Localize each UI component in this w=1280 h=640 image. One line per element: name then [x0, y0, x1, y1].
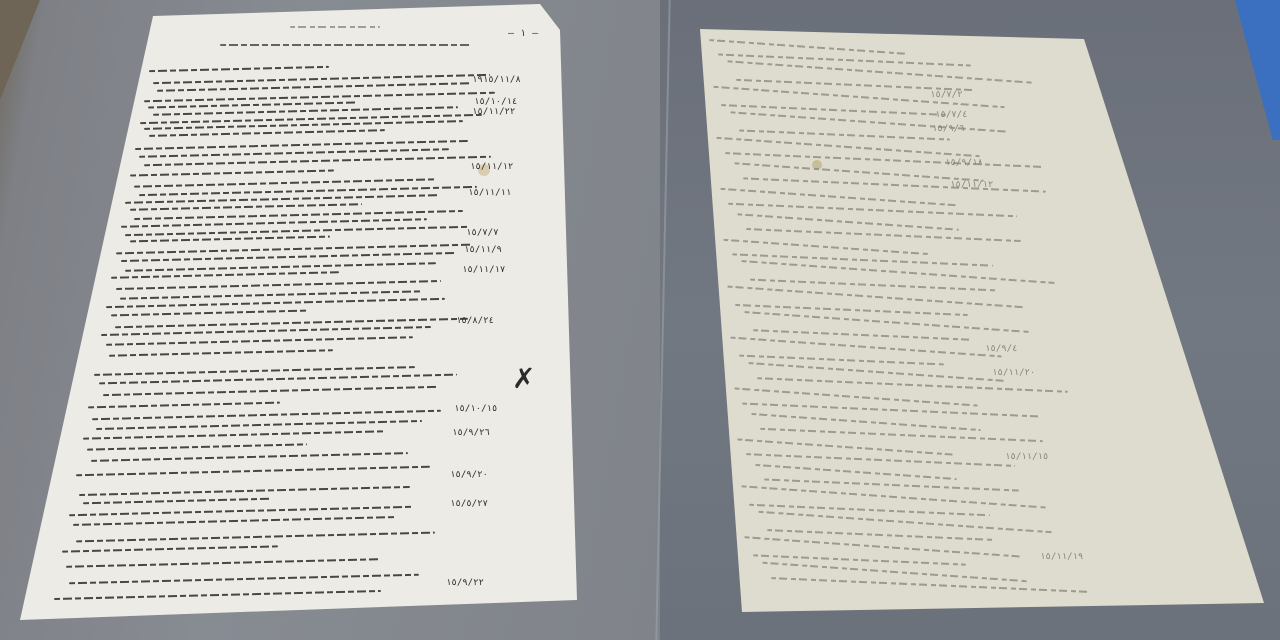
handwritten-line	[144, 156, 491, 166]
margin-date: ١٥/٥/٢٧	[450, 499, 488, 509]
margin-date: ١٥/١١/١٢	[950, 180, 993, 190]
handwritten-line	[54, 590, 381, 600]
margin-date: ١٥/١١/١٢	[470, 162, 513, 172]
handwritten-line	[91, 452, 408, 462]
handwritten-line	[76, 466, 430, 477]
handwritten-line	[69, 506, 414, 516]
handwritten-line	[125, 194, 440, 204]
margin-date: ١٩١٥/١١/٨	[472, 75, 521, 85]
handwritten-line	[130, 236, 330, 243]
margin-date: ١٥/٩/٦	[932, 124, 965, 134]
margin-date: ١٥/١١/١١	[468, 188, 511, 198]
handwritten-line	[83, 498, 271, 505]
handwritten-line	[121, 252, 455, 262]
margin-date: ١٥/٩/٢٠	[450, 470, 488, 480]
handwritten-line	[739, 129, 950, 140]
margin-date: ١٥/٨/٢٤	[456, 316, 494, 326]
handwritten-line	[88, 402, 280, 409]
handwritten-line	[94, 366, 415, 376]
handwritten-line	[736, 78, 975, 90]
handwritten-line	[79, 486, 410, 496]
handwritten-line	[746, 453, 1015, 467]
handwritten-line	[83, 430, 386, 439]
margin-date: ١٥/١٠/١٥	[454, 404, 497, 414]
handwritten-line	[709, 39, 909, 55]
handwritten-line	[729, 202, 1018, 217]
handwritten-line	[723, 239, 931, 256]
handwritten-line	[149, 129, 385, 137]
handwritten-line	[73, 516, 395, 526]
handwritten-line	[116, 280, 441, 290]
handwritten-line	[106, 298, 445, 308]
handwritten-line	[62, 545, 278, 552]
margin-date: ١٥/١١/٢٠	[992, 368, 1035, 378]
title-line	[220, 44, 470, 46]
handwritten-line	[109, 349, 333, 356]
margin-date: ١٥/١١/٩	[464, 245, 502, 255]
margin-date: ١٥/١١/٢٢	[472, 107, 515, 117]
handwritten-line	[130, 203, 362, 211]
handwritten-line	[139, 148, 449, 158]
margin-date: ١٥/٩/٢٦	[452, 428, 490, 438]
handwritten-line	[148, 101, 356, 108]
handwritten-line	[757, 377, 1068, 393]
handwritten-line	[153, 106, 458, 115]
handwritten-line	[101, 326, 431, 336]
handwritten-line	[99, 374, 457, 385]
handwritten-line	[737, 438, 953, 455]
handwritten-line	[92, 410, 441, 421]
handwritten-line	[771, 577, 1090, 593]
handwritten-line	[130, 170, 334, 177]
page-number-marker: — ١ —	[508, 28, 538, 39]
handwritten-line	[743, 177, 1046, 192]
handwritten-line	[746, 228, 1021, 242]
handwritten-line	[96, 420, 422, 430]
handwritten-line	[120, 290, 422, 299]
handwritten-line	[755, 464, 957, 480]
handwritten-line	[111, 310, 307, 317]
margin-date: ١٥/١١/١٧	[462, 265, 505, 275]
margin-date: ١٥/٧/٤	[935, 110, 968, 120]
handwritten-line	[69, 574, 419, 585]
handwritten-line	[125, 226, 468, 236]
handwritten-line	[106, 336, 413, 346]
handwritten-line	[149, 66, 329, 72]
handwritten-line	[125, 262, 436, 272]
margin-date: ١٥/٧/٢	[930, 90, 963, 100]
handwritten-line	[103, 386, 438, 396]
margin-date: ١٥/٩/٤	[985, 344, 1018, 354]
handwritten-line	[753, 329, 972, 341]
margin-date: ١٥/٧/٧	[466, 228, 499, 238]
margin-date: ١٥/١٠/١٤	[474, 97, 517, 107]
handwritten-line	[760, 427, 1043, 441]
margin-date: ١٥/٩/١٨	[945, 158, 983, 168]
handwritten-line	[144, 92, 495, 103]
handwritten-line	[111, 271, 339, 279]
margin-date: ١٥/١١/١٥	[1005, 452, 1048, 462]
handwritten-line	[157, 82, 471, 92]
handwritten-line	[745, 311, 1030, 333]
margin-date: ١٥/١١/١٩	[1040, 552, 1083, 562]
handwritten-x-mark: ✗	[512, 362, 535, 395]
letterhead-line	[290, 26, 380, 28]
handwritten-line	[121, 218, 427, 227]
handwritten-line	[66, 558, 379, 568]
margin-date: ١٥/٩/٢٢	[446, 578, 484, 588]
handwritten-line	[134, 178, 435, 187]
handwritten-line	[87, 443, 307, 450]
handwritten-line	[767, 529, 994, 541]
handwritten-line	[76, 532, 435, 543]
